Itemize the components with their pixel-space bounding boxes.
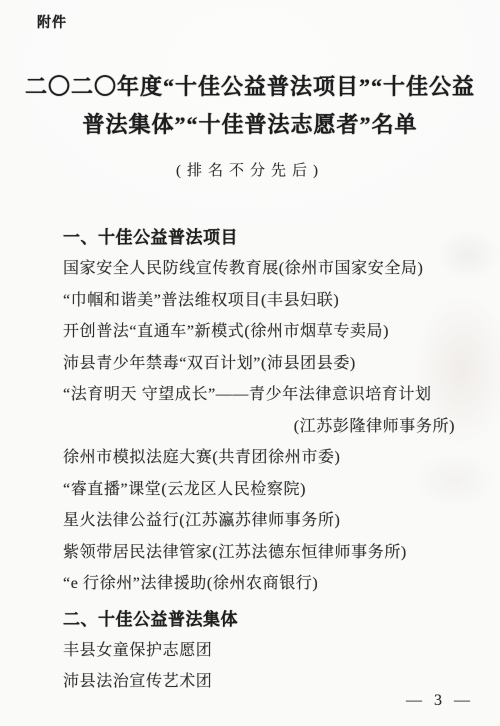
document-title: 二〇二〇年度“十佳公益普法项目”“十佳公益 普法集体”“十佳普法志愿者”名单 — [0, 68, 500, 144]
list-item: 紫领带居民法律管家(江苏法德东恒律师事务所) — [63, 537, 455, 569]
list-item: “法育明天 守望成长”——青少年法律意识培育计划 — [63, 379, 455, 411]
list-item: “e 行徐州”法律援助(徐州农商银行) — [63, 568, 455, 600]
section-top-projects: 一、十佳公益普法项目 国家安全人民防线宣传教育展(徐州市国家安全局) “巾帼和谐… — [63, 222, 455, 600]
section-2-heading: 二、十佳公益普法集体 — [63, 604, 455, 635]
ranking-disclaimer: (排名不分先后) — [0, 158, 500, 184]
document-title-line-1: 二〇二〇年度“十佳公益普法项目”“十佳公益 — [0, 68, 500, 106]
document-title-line-2: 普法集体”“十佳普法志愿者”名单 — [0, 106, 500, 144]
section-1-heading: 一、十佳公益普法项目 — [63, 222, 455, 253]
list-item: 国家安全人民防线宣传教育展(徐州市国家安全局) — [63, 253, 455, 285]
section-top-collectives: 二、十佳公益普法集体 丰县女童保护志愿团 沛县法治宣传艺术团 — [63, 604, 455, 698]
list-item: “巾帼和谐美”普法维权项目(丰县妇联) — [63, 285, 455, 317]
list-item: 沛县青少年禁毒“双百计划”(沛县团县委) — [63, 348, 455, 380]
list-item-continuation: (江苏彭隆律师事务所) — [63, 411, 455, 443]
scanned-document-page: 附件 二〇二〇年度“十佳公益普法项目”“十佳公益 普法集体”“十佳普法志愿者”名… — [0, 0, 500, 726]
list-item: 开创普法“直通车”新模式(徐州市烟草专卖局) — [63, 316, 455, 348]
page-number: — 3 — — [406, 692, 474, 710]
list-item: 丰县女童保护志愿团 — [63, 635, 455, 667]
attachment-label: 附件 — [37, 12, 455, 32]
list-item: 星火法律公益行(江苏瀛苏律师事务所) — [63, 505, 455, 537]
list-item: “睿直播”课堂(云龙区人民检察院) — [63, 474, 455, 506]
list-item: 沛县法治宣传艺术团 — [63, 666, 455, 698]
list-item: 徐州市模拟法庭大赛(共青团徐州市委) — [63, 442, 455, 474]
